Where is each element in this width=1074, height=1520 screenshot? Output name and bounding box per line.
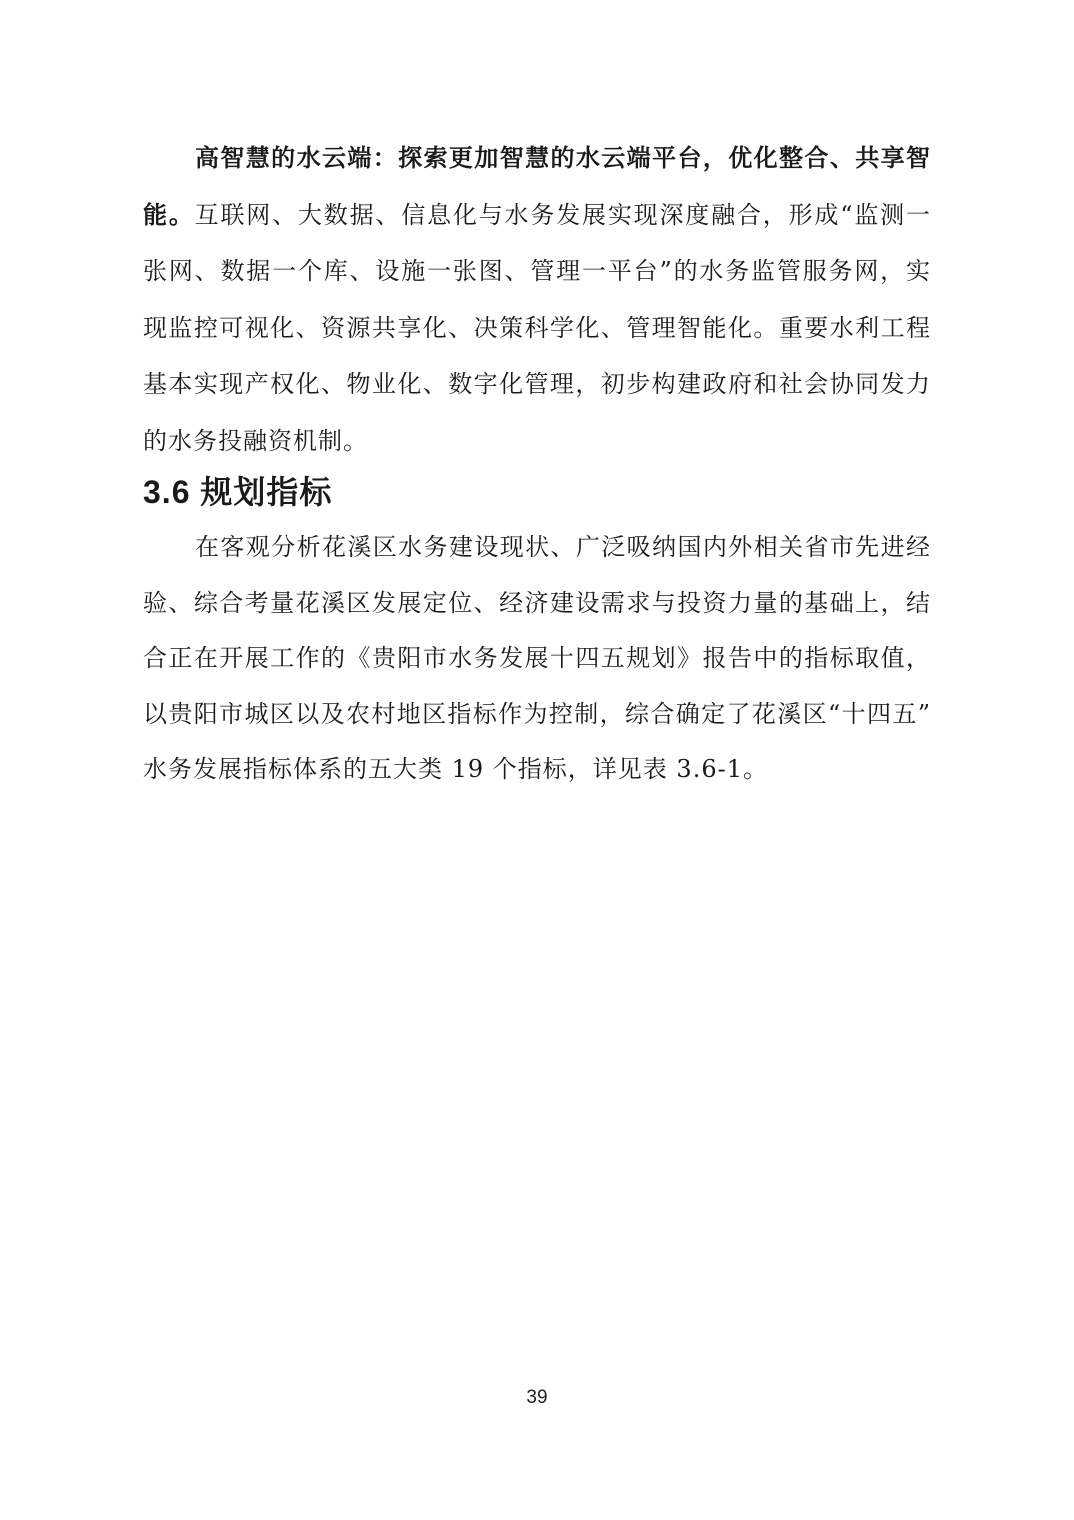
page-number: 39: [0, 1386, 1074, 1410]
body-text: 以贵阳市城区以及农村地区指标作为控制，综合确定了花溪区“十四五”: [143, 700, 931, 728]
text-line: 的水务投融资机制。: [143, 413, 931, 470]
bold-lead-text: 能。: [143, 200, 195, 229]
text-line: 能。互联网、大数据、信息化与水务发展实现深度融合，形成“监测一: [143, 187, 931, 244]
bold-lead-text: 高智慧的水云端：探索更加智慧的水云端平台，优化整合、共享智: [195, 143, 931, 172]
text-line: 在客观分析花溪区水务建设现状、广泛吸纳国内外相关省市先进经: [143, 520, 931, 576]
body-text: 现监控可视化、资源共享化、决策科学化、管理智能化。重要水利工程: [143, 314, 931, 342]
text-line: 合正在开展工作的《贵阳市水务发展十四五规划》报告中的指标取值，: [143, 631, 931, 687]
body-text: 合正在开展工作的《贵阳市水务发展十四五规划》报告中的指标取值，: [143, 644, 931, 672]
text-line: 以贵阳市城区以及农村地区指标作为控制，综合确定了花溪区“十四五”: [143, 687, 931, 743]
paragraph-smart-water-cloud: 高智慧的水云端：探索更加智慧的水云端平台，优化整合、共享智 能。互联网、大数据、…: [143, 130, 931, 469]
body-text: 张网、数据一个库、设施一张图、管理一平台”的水务监管服务网，实: [143, 257, 931, 285]
body-text: 验、综合考量花溪区发展定位、经济建设需求与投资力量的基础上，结: [143, 589, 931, 617]
text-line: 基本实现产权化、物业化、数字化管理，初步构建政府和社会协同发力: [143, 356, 931, 413]
body-text: 在客观分析花溪区水务建设现状、广泛吸纳国内外相关省市先进经: [195, 533, 931, 561]
body-text: 基本实现产权化、物业化、数字化管理，初步构建政府和社会协同发力: [143, 370, 931, 398]
text-line: 高智慧的水云端：探索更加智慧的水云端平台，优化整合、共享智: [143, 130, 931, 187]
body-text: 水务发展指标体系的五大类 19 个指标，详见表 3.6-1。: [143, 755, 768, 783]
text-line: 现监控可视化、资源共享化、决策科学化、管理智能化。重要水利工程: [143, 300, 931, 357]
body-text: 的水务投融资机制。: [143, 427, 368, 455]
document-page: 高智慧的水云端：探索更加智慧的水云端平台，优化整合、共享智 能。互联网、大数据、…: [0, 0, 1074, 1520]
section-heading-3-6: 3.6 规划指标: [143, 468, 931, 516]
text-line: 水务发展指标体系的五大类 19 个指标，详见表 3.6-1。: [143, 742, 931, 798]
text-line: 验、综合考量花溪区发展定位、经济建设需求与投资力量的基础上，结: [143, 576, 931, 632]
paragraph-planning-indicators: 在客观分析花溪区水务建设现状、广泛吸纳国内外相关省市先进经 验、综合考量花溪区发…: [143, 520, 931, 798]
body-text: 互联网、大数据、信息化与水务发展实现深度融合，形成“监测一: [195, 201, 931, 229]
text-line: 张网、数据一个库、设施一张图、管理一平台”的水务监管服务网，实: [143, 243, 931, 300]
